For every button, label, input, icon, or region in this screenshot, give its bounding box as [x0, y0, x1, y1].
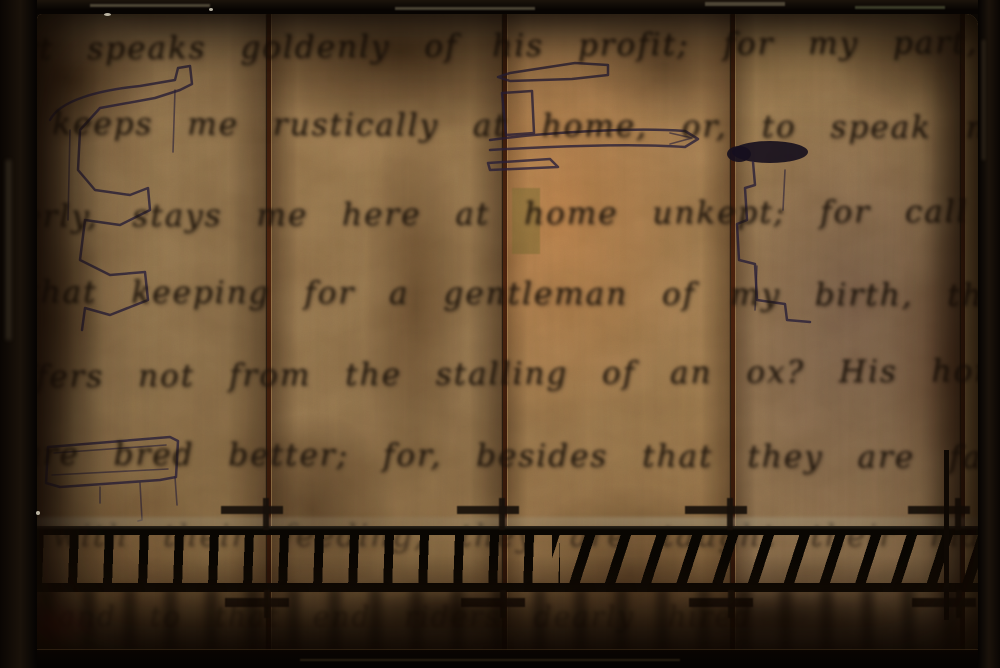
frame-scratch — [6, 160, 11, 340]
script-line: rt speaks goldenly of his profit; for my… — [22, 25, 978, 68]
script-line: keeps me rustically at home, or, to spea… — [52, 106, 1000, 146]
paint-speck — [36, 511, 40, 515]
frame-scratch — [395, 7, 535, 10]
grime-streaks — [0, 588, 1000, 654]
frame-scratch — [90, 4, 210, 7]
handwriting-layer: rt speaks goldenly of his profit; for my… — [0, 0, 1000, 668]
script-line: erly, stays me here at home unkept; for … — [22, 193, 1000, 234]
frame-scratch — [705, 2, 785, 6]
paint-speck — [104, 13, 111, 16]
frame-scratch — [300, 659, 680, 661]
script-line: are bred better; for, besides that they … — [22, 436, 1000, 475]
frame-scratch — [855, 6, 945, 9]
script-line: with their feeding, they are taught thei… — [52, 518, 1000, 554]
paint-speck — [209, 8, 213, 11]
artwork-photo: rt speaks goldenly of his profit; for my… — [0, 0, 1000, 668]
script-line: that keeping for a gentleman of my birth… — [26, 274, 1000, 313]
frame-scratch — [982, 40, 985, 160]
script-line: ffers not from the stalling of an ox? Hi… — [22, 353, 1000, 395]
